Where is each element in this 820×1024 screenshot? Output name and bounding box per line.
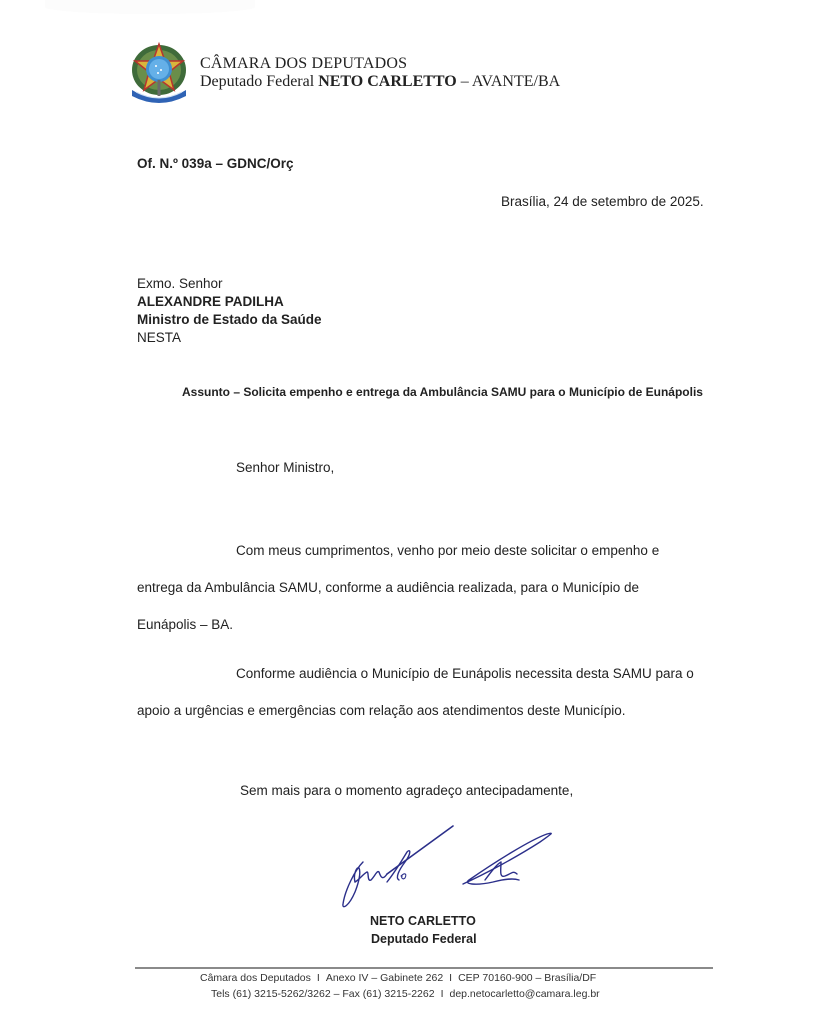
footer-address: Câmara dos DeputadosIAnexo IV – Gabinete… [200, 972, 596, 984]
footer-contact: Tels (61) 3215-5262/3262 – Fax (61) 3215… [211, 988, 600, 1000]
paragraph1-line2: entrega da Ambulância SAMU, conforme a a… [137, 580, 639, 595]
recipient-position: Ministro de Estado da Saúde [137, 312, 322, 327]
deputy-name: NETO CARLETTO [318, 73, 457, 90]
footer-phones: Tels (61) 3215-5262/3262 – Fax (61) 3215… [211, 988, 435, 1000]
handwritten-signature [335, 822, 565, 912]
paragraph1-line1: Com meus cumprimentos, venho por meio de… [236, 543, 659, 558]
footer-email[interactable]: dep.netocarletto@camara.leg.br [450, 988, 600, 1000]
signer-name: NETO CARLETTO [370, 914, 476, 928]
institution-name: CÂMARA DOS DEPUTADOS [200, 55, 407, 73]
paragraph2-line1: Conforme audiência o Município de Eunápo… [236, 666, 694, 681]
recipient-salutation: Exmo. Senhor [137, 276, 223, 291]
official-letter-page: CÂMARA DOS DEPUTADOS Deputado Federal NE… [0, 0, 820, 1024]
footer-cep: CEP 70160-900 – Brasília/DF [458, 972, 596, 984]
office-reference: Of. N.º 039a – GDNC/Orç [137, 156, 293, 171]
footer-separator: I [435, 988, 450, 1000]
recipient-location: NESTA [137, 330, 181, 345]
signer-title: Deputado Federal [371, 932, 477, 946]
closing-line: Sem mais para o momento agradeço antecip… [240, 783, 573, 798]
date-line: Brasília, 24 de setembro de 2025. [501, 194, 704, 209]
footer-institution: Câmara dos Deputados [200, 972, 311, 984]
role-prefix: Deputado Federal [200, 73, 314, 90]
footer-separator: I [443, 972, 458, 984]
footer-annex: Anexo IV – Gabinete 262 [326, 972, 443, 984]
party-state: – AVANTE/BA [461, 73, 560, 90]
recipient-name: ALEXANDRE PADILHA [137, 294, 284, 309]
brazil-coat-of-arms-icon [128, 40, 190, 106]
deputy-heading: Deputado Federal NETO CARLETTO – AVANTE/… [200, 73, 560, 91]
paragraph1-line3: Eunápolis – BA. [137, 617, 233, 632]
subject-line: Assunto – Solicita empenho e entrega da … [182, 385, 703, 399]
footer-divider [135, 967, 713, 969]
scan-artifact [45, 0, 255, 14]
paragraph2-line2: apoio a urgências e emergências com rela… [137, 703, 626, 718]
greeting: Senhor Ministro, [236, 460, 334, 475]
footer-separator: I [311, 972, 326, 984]
